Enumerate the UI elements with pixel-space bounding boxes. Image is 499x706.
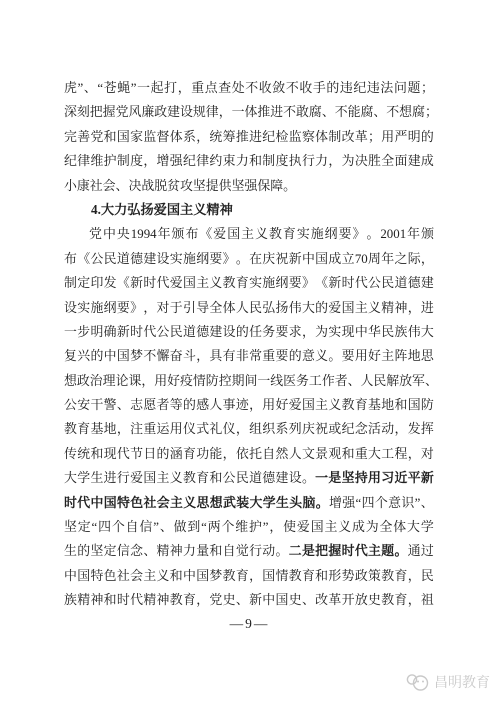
text-line: 坚定“四个自信”、做到“两个维护”，使爱国主义成为全体大学: [64, 515, 434, 539]
text-block: 虎”、“苍蝇”一起打，重点查处不收敛不收手的违纪违法问题；深刻把握党风廉政建设规…: [64, 76, 434, 613]
text-line: 公安干警、志愿者等的感人事迹，用好爱国主义教育基地和国防: [64, 393, 434, 417]
brand-logo-icon: [405, 672, 430, 692]
section-heading: 4.大力弘扬爱国主义精神: [64, 198, 434, 222]
page-number: —9—: [0, 616, 499, 632]
text-line: 设实施纲要》，对于引导全体人民弘扬伟大的爱国主义精神，进: [64, 296, 434, 320]
text-line: 深刻把握党风廉政建设规律，一体推进不敢腐、不能腐、不想腐；: [64, 100, 434, 124]
text-line: 时代中国特色社会主义思想武装大学生头脑。增强“四个意识”、: [64, 491, 434, 515]
text-line: 制定印发《新时代爱国主义教育实施纲要》《新时代公民道德建: [64, 271, 434, 295]
text-line: 中国特色社会主义和中国梦教育，国情教育和形势政策教育，民: [64, 564, 434, 588]
document-page: 虎”、“苍蝇”一起打，重点查处不收敛不收手的违纪违法问题；深刻把握党风廉政建设规…: [0, 0, 499, 706]
text-line: 党中央1994年颁布《爱国主义教育实施纲要》。2001年颁: [64, 222, 434, 246]
text-line: 生的坚定信念、精神力量和自觉行动。二是把握时代主题。通过: [64, 539, 434, 563]
text-line: 复兴的中国梦不懈奋斗，具有非常重要的意义。要用好主阵地思: [64, 344, 434, 368]
watermark: 昌明教育: [405, 672, 490, 692]
text-line: 纪律维护制度，增强纪律约束力和制度执行力，为决胜全面建成: [64, 149, 434, 173]
text-line: 大学生进行爱国主义教育和公民道德建设。一是坚持用习近平新: [64, 466, 434, 490]
text-line: 传统和现代节日的涵育功能，依托自然人文景观和重大工程，对: [64, 442, 434, 466]
watermark-label: 昌明教育: [434, 672, 490, 692]
text-line: 虎”、“苍蝇”一起打，重点查处不收敛不收手的违纪违法问题；: [64, 76, 434, 100]
text-line: 小康社会、决战脱贫攻坚提供坚强保障。: [64, 174, 434, 198]
text-line: 布《公民道德建设实施纲要》。在庆祝新中国成立70周年之际，: [64, 247, 434, 271]
text-line: 完善党和国家监督体系，统筹推进纪检监察体制改革；用严明的: [64, 125, 434, 149]
text-line: 教育基地，注重运用仪式礼仪，组织系列庆祝或纪念活动，发挥: [64, 417, 434, 441]
text-line: 族精神和时代精神教育，党史、新中国史、改革开放史教育，祖: [64, 588, 434, 612]
text-line: 一步明确新时代公民道德建设的任务要求，为实现中华民族伟大: [64, 320, 434, 344]
text-line: 想政治理论课，用好疫情防控期间一线医务工作者、人民解放军、: [64, 369, 434, 393]
